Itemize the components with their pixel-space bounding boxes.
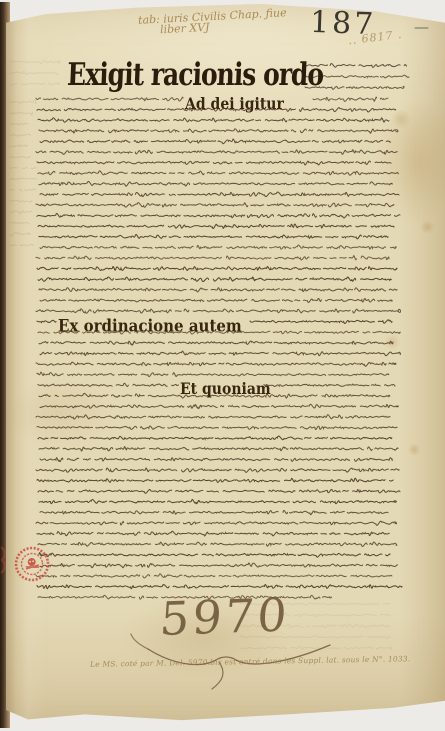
- catalog-number: 5970: [158, 587, 291, 645]
- inline-emphasis-ad-dei-igitur: Ad dei igitur: [185, 95, 284, 113]
- manuscript-heading: Exigit racionis ordo: [66, 56, 323, 92]
- inline-emphasis-ex-ordinacione: Ex ordinacione autem: [58, 316, 242, 336]
- red-library-stamp-icon: [11, 543, 54, 586]
- classmark-annotation-line2: liber XVJ: [160, 21, 210, 37]
- inline-emphasis-et-quoniam: Et quoniam: [180, 381, 271, 399]
- partial-red-stamp-at-edge: [0, 545, 8, 575]
- manuscript-photo: { "document_type": "bound medieval parch…: [0, 0, 445, 731]
- dash-mark: —: [414, 18, 429, 36]
